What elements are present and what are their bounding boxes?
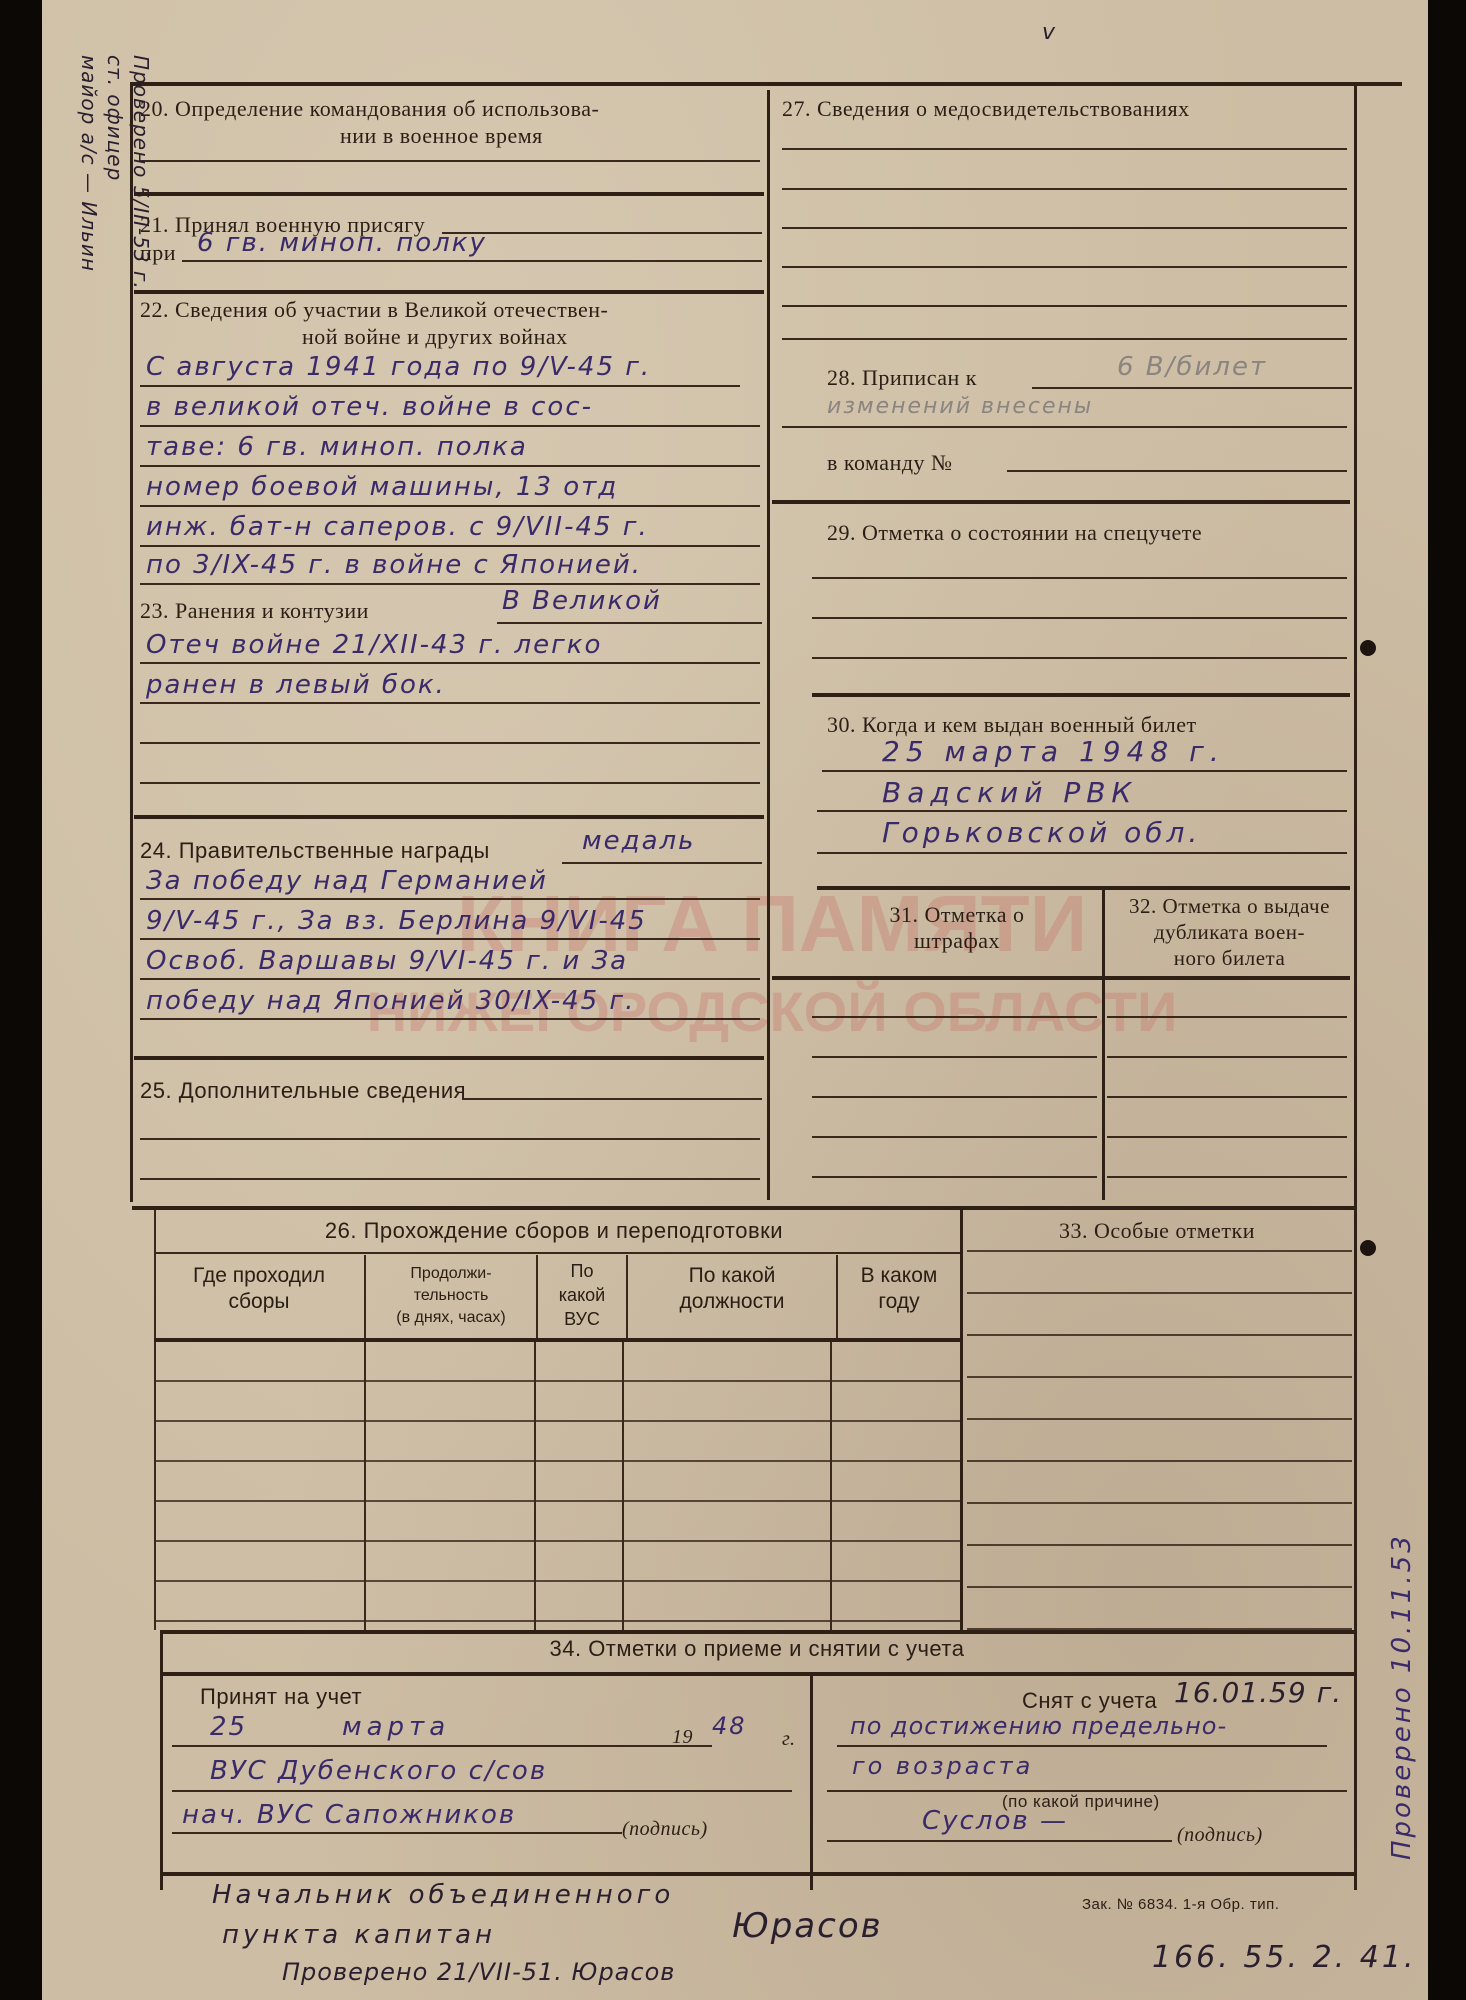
- col-header-text: ВУС: [538, 1307, 626, 1331]
- f24-line[interactable]: За победу над Германией: [146, 866, 548, 896]
- f24-label: 24. Правительственные награды: [140, 838, 490, 864]
- col-where: Где проходилсборы: [154, 1255, 366, 1338]
- registration-card-back: КНИГА ПАМЯТИ НИЖЕГОРОДСКОЙ ОБЛАСТИ 20. О…: [42, 0, 1428, 2000]
- rule: [1107, 1176, 1347, 1178]
- rule: [172, 1790, 792, 1792]
- f28-line[interactable]: изменений внесены: [827, 394, 1093, 419]
- rule: [140, 505, 760, 507]
- f28-label: 28. Приписан к: [827, 365, 977, 391]
- rule: [1107, 1096, 1347, 1098]
- footer-print-info: Зак. № 6834. 1-я Обр. тип.: [1082, 1896, 1279, 1913]
- rule: [497, 622, 762, 624]
- f22-line[interactable]: номер боевой машины, 13 отд: [146, 472, 618, 502]
- rule: [817, 852, 1347, 854]
- rule: [134, 290, 764, 294]
- rule: [812, 1056, 1097, 1058]
- f31-label-line2: штрафах: [812, 928, 1102, 954]
- rule: [140, 782, 760, 784]
- col-header-text: году: [838, 1289, 960, 1315]
- rule: [160, 1630, 1354, 1634]
- rule: [140, 702, 760, 704]
- footer-checked: Проверено 21/VII-51. Юрасов: [282, 1958, 675, 1986]
- f20-label2: нии в военное время: [340, 123, 543, 149]
- f22-line[interactable]: инж. бат-н саперов. с 9/VII-45 г.: [146, 512, 649, 542]
- f23-label: 23. Ранения и контузии: [140, 598, 369, 624]
- rule: [140, 978, 760, 980]
- f29-label: 29. Отметка о состоянии на спецучете: [827, 520, 1202, 546]
- f32-label-line3: ного билета: [1107, 945, 1352, 971]
- f33-label: 33. Особые отметки: [962, 1218, 1352, 1244]
- column-divider: [1102, 890, 1105, 1200]
- f23-line[interactable]: ранен в левый бок.: [146, 670, 446, 700]
- f20-label: 20. Определение командования об использо…: [140, 96, 599, 122]
- f34-accepted-year[interactable]: 48: [712, 1712, 747, 1740]
- col-header-text: В каком: [838, 1263, 960, 1289]
- rule: [134, 815, 764, 819]
- col-header-text: Где проходил: [154, 1263, 364, 1289]
- col-vus: ПокакойВУС: [538, 1255, 628, 1338]
- top-mark: v: [1042, 20, 1057, 45]
- rule: [140, 898, 760, 900]
- rule: [772, 976, 1350, 980]
- rule: [154, 1252, 960, 1254]
- f21-value[interactable]: 6 гв. миноп. полку: [197, 228, 487, 258]
- f23-line[interactable]: Отеч войне 21/XII-43 г. легко: [146, 630, 602, 660]
- frame-right: [1354, 82, 1357, 1890]
- rule: [1107, 1136, 1347, 1138]
- rule: [442, 232, 762, 234]
- f31-label-line1: 31. Отметка о: [812, 902, 1102, 928]
- f23-line[interactable]: В Великой: [502, 586, 662, 616]
- rule: [837, 1745, 1327, 1747]
- rule: [1107, 1056, 1347, 1058]
- f34-removed-reason2[interactable]: го возраста: [852, 1752, 1033, 1780]
- f34-removed-signature[interactable]: Суслов —: [922, 1806, 1068, 1836]
- rule: [817, 886, 1350, 890]
- rule: [812, 1016, 1097, 1018]
- footer-archive-code: 166. 55. 2. 41.: [1152, 1940, 1416, 1975]
- rule: [812, 693, 1350, 697]
- f28-command-label: в команду №: [827, 450, 953, 476]
- rule: [812, 1096, 1097, 1098]
- rule: [772, 500, 1350, 504]
- rule: [140, 1178, 760, 1180]
- footer-signature: Юрасов: [732, 1906, 883, 1946]
- rule: [182, 260, 762, 262]
- col-header-text: По какой: [628, 1263, 836, 1289]
- f34-accepted-line2[interactable]: ВУС Дубенского с/сов: [210, 1756, 547, 1786]
- f26-title: 26. Прохождение сборов и переподготовки: [154, 1218, 954, 1244]
- column-divider: [960, 1210, 963, 1630]
- rule: [140, 425, 760, 427]
- rule: [462, 1098, 762, 1100]
- rule: [812, 657, 1347, 659]
- rule: [812, 617, 1347, 619]
- f34-removed-label: Снят с учета: [1022, 1688, 1157, 1714]
- rule: [140, 662, 760, 664]
- f22-label: 22. Сведения об участии в Великой отечес…: [140, 297, 608, 323]
- rule: [782, 266, 1347, 268]
- rule: [140, 938, 760, 940]
- rule: [172, 1745, 712, 1747]
- f22-line[interactable]: по 3/IX-45 г. в войне с Японией.: [146, 550, 642, 580]
- rule: [132, 1206, 1354, 1210]
- col-header-text: какой: [538, 1283, 626, 1307]
- f34-accepted-label: Принят на учет: [200, 1684, 362, 1710]
- punch-hole-icon: [1360, 640, 1376, 656]
- margin-note-left-line: ст. офицер: [102, 55, 128, 290]
- rule: [1007, 470, 1347, 472]
- rule: [140, 465, 760, 467]
- rule: [782, 305, 1347, 307]
- rule: [1107, 1016, 1347, 1018]
- f24-line[interactable]: 9/V-45 г., За вз. Берлина 9/VI-45: [146, 906, 647, 936]
- f25-label: 25. Дополнительные сведения: [140, 1078, 466, 1104]
- f30-line[interactable]: Вадский РВК: [882, 776, 1137, 809]
- rule: [782, 188, 1347, 190]
- rule: [812, 577, 1347, 579]
- f28-line[interactable]: 6 В/билет: [1117, 352, 1267, 382]
- f34-accepted-sign-label: (подпись): [622, 1818, 708, 1841]
- col-header-text: сборы: [154, 1289, 364, 1315]
- col-header-text: должности: [628, 1289, 836, 1315]
- f32-label-line1: 32. Отметка о выдаче: [1107, 893, 1352, 919]
- col-year: В какомгоду: [838, 1255, 960, 1338]
- col-position: По какойдолжности: [628, 1255, 838, 1338]
- rule: [782, 338, 1347, 340]
- f34-removed-reason1[interactable]: по достижению предельно-: [850, 1712, 1227, 1740]
- rule: [172, 1832, 622, 1834]
- col-header-text: тельность: [366, 1285, 536, 1307]
- f33-lines: [967, 1250, 1352, 1630]
- column-divider: [810, 1675, 813, 1890]
- f26-table-header: Где проходилсборы Продолжи-тельность(в д…: [154, 1255, 960, 1338]
- f30-line[interactable]: 25 марта 1948 г.: [882, 735, 1225, 768]
- footer-note-line2: пункта капитан: [222, 1920, 496, 1950]
- rule: [812, 1176, 1097, 1178]
- rule: [817, 810, 1347, 812]
- f34-accepted-year-suffix: г.: [782, 1728, 796, 1751]
- f31-label: 31. Отметка о штрафах: [812, 902, 1102, 954]
- rule: [160, 1872, 1354, 1876]
- f34-removed-sign-label: (подпись): [1177, 1824, 1263, 1847]
- f27-label: 27. Сведения о медосвидетельствованиях: [782, 96, 1190, 122]
- f34-accepted-year-prefix: 19: [672, 1726, 693, 1749]
- col-header-text: Продолжи-: [366, 1263, 536, 1285]
- rule: [1032, 387, 1352, 389]
- f26-table-body: [154, 1342, 960, 1630]
- f24-line[interactable]: медаль: [582, 826, 695, 856]
- margin-note-left-line: майор а/с — Ильин: [76, 55, 102, 290]
- rule: [140, 160, 760, 162]
- rule: [140, 545, 760, 547]
- rule: [134, 1056, 764, 1060]
- f22-line[interactable]: С августа 1941 года по 9/V-45 г.: [146, 352, 651, 382]
- col-duration: Продолжи-тельность(в днях, часах): [366, 1255, 538, 1338]
- f34-accepted-line3[interactable]: нач. ВУС Сапожников: [182, 1800, 516, 1830]
- frame-left-34: [160, 1630, 163, 1890]
- f24-line[interactable]: победу над Японией 30/IX-45 г.: [146, 986, 635, 1016]
- f22-line[interactable]: в великой отеч. войне в сос-: [146, 392, 593, 422]
- f34-accepted-day[interactable]: 25: [210, 1712, 247, 1742]
- rule: [140, 742, 760, 744]
- rule: [782, 426, 1347, 428]
- f34-accepted-month[interactable]: марта: [342, 1712, 450, 1742]
- rule: [140, 1018, 760, 1020]
- rule: [140, 583, 760, 585]
- col-header-text: (в днях, часах): [366, 1307, 536, 1329]
- punch-hole-icon: [1360, 1240, 1376, 1256]
- f22-line[interactable]: таве: 6 гв. миноп. полка: [146, 432, 528, 462]
- margin-note-left-line: Проверено 5/III-53 г.: [128, 55, 154, 290]
- rule: [134, 192, 764, 196]
- f22-label2: ной войне и других войнах: [302, 324, 568, 350]
- f34-removed-date[interactable]: 16.01.59 г.: [1174, 1676, 1342, 1709]
- rule: [827, 1840, 1172, 1842]
- column-divider: [767, 90, 770, 1200]
- margin-note-right: Проверено 10.11.53: [1387, 1533, 1417, 1860]
- rule: [140, 1138, 760, 1140]
- rule: [562, 862, 762, 864]
- rule: [782, 148, 1347, 150]
- frame-top: [132, 82, 1402, 86]
- margin-note-left: Проверено 5/III-53 г. ст. офицер майор а…: [76, 55, 154, 290]
- f30-line[interactable]: Горьковской обл.: [882, 816, 1201, 849]
- footer-note-line1: Начальник объединенного: [212, 1880, 674, 1910]
- rule: [782, 227, 1347, 229]
- f32-label-line2: дубликата воен-: [1107, 919, 1352, 945]
- col-header-text: По: [538, 1259, 626, 1283]
- f32-label: 32. Отметка о выдаче дубликата воен- ног…: [1107, 893, 1352, 971]
- f34-title: 34. Отметки о приеме и снятии с учета: [160, 1636, 1354, 1662]
- rule: [140, 385, 740, 387]
- rule: [822, 770, 1347, 772]
- f24-line[interactable]: Освоб. Варшавы 9/VI-45 г. и За: [146, 946, 628, 976]
- rule: [812, 1136, 1097, 1138]
